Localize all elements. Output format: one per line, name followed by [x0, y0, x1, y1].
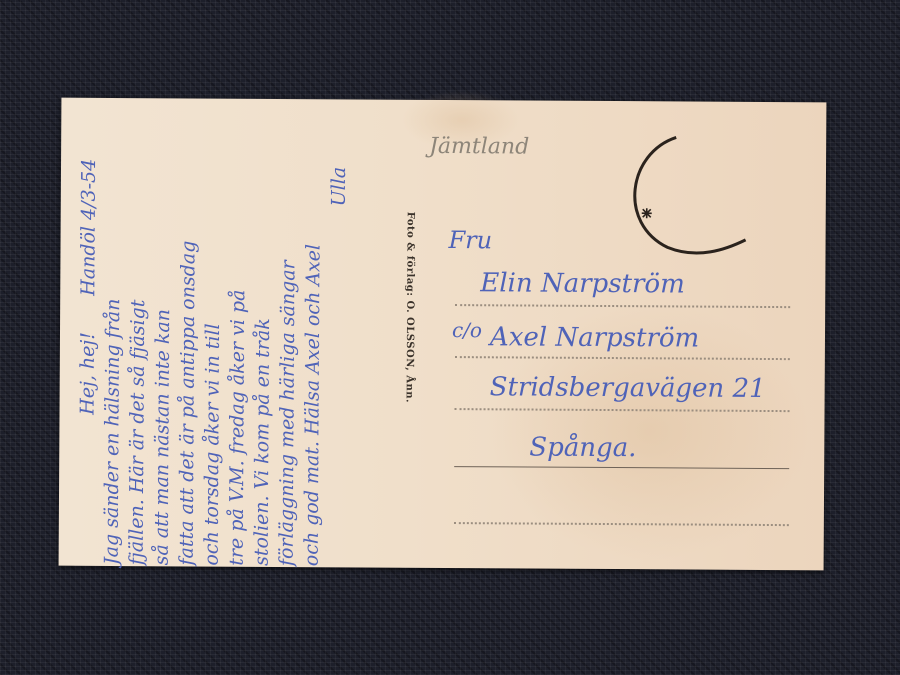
handwritten-message: Hej, hej! Handöl 4/3-54 Jag sänder en hä… [75, 125, 378, 567]
message-line: tre på V.M. fredag åker vi på [225, 126, 253, 566]
address-care-of-prefix: c/o [452, 318, 482, 342]
address-city: Spånga. [529, 433, 636, 464]
message-line: och god mat. Hälsa Axel och Axel [300, 126, 328, 566]
address-salutation: Fru [448, 226, 492, 254]
address-care-of-name: Axel Narpström [490, 322, 699, 353]
message-signature: Ulla [325, 126, 353, 566]
message-line: stolien. Vi kom på en tråk [250, 126, 278, 566]
message-line: Jag sänder en hälsning från [100, 125, 128, 565]
address-street: Stridsbergavägen 21 [490, 372, 766, 404]
crescent-postmark-icon [605, 131, 756, 257]
publisher-imprint: Foto & förlag: O. OLSSON, Ånn. [404, 212, 416, 403]
message-line: fjällen. Här är det så fjäsigt [125, 125, 153, 565]
message-line: fatta att det är på antippa onsdag [175, 125, 203, 565]
message-line: så att man nästan inte kan [150, 125, 178, 565]
message-greeting: Hej, hej! Handöl 4/3-54 [75, 125, 103, 565]
message-place-date: Handöl 4/3-54 [77, 159, 100, 296]
region-note: Jämtland [429, 134, 529, 160]
message-line: och torsdag åker vi in till [200, 126, 228, 566]
message-line: förläggning med härliga sängar [275, 126, 303, 566]
address-name: Elin Narpström [480, 268, 685, 299]
star-icon [642, 208, 652, 218]
postcard: Hej, hej! Handöl 4/3-54 Jag sänder en hä… [59, 98, 827, 571]
